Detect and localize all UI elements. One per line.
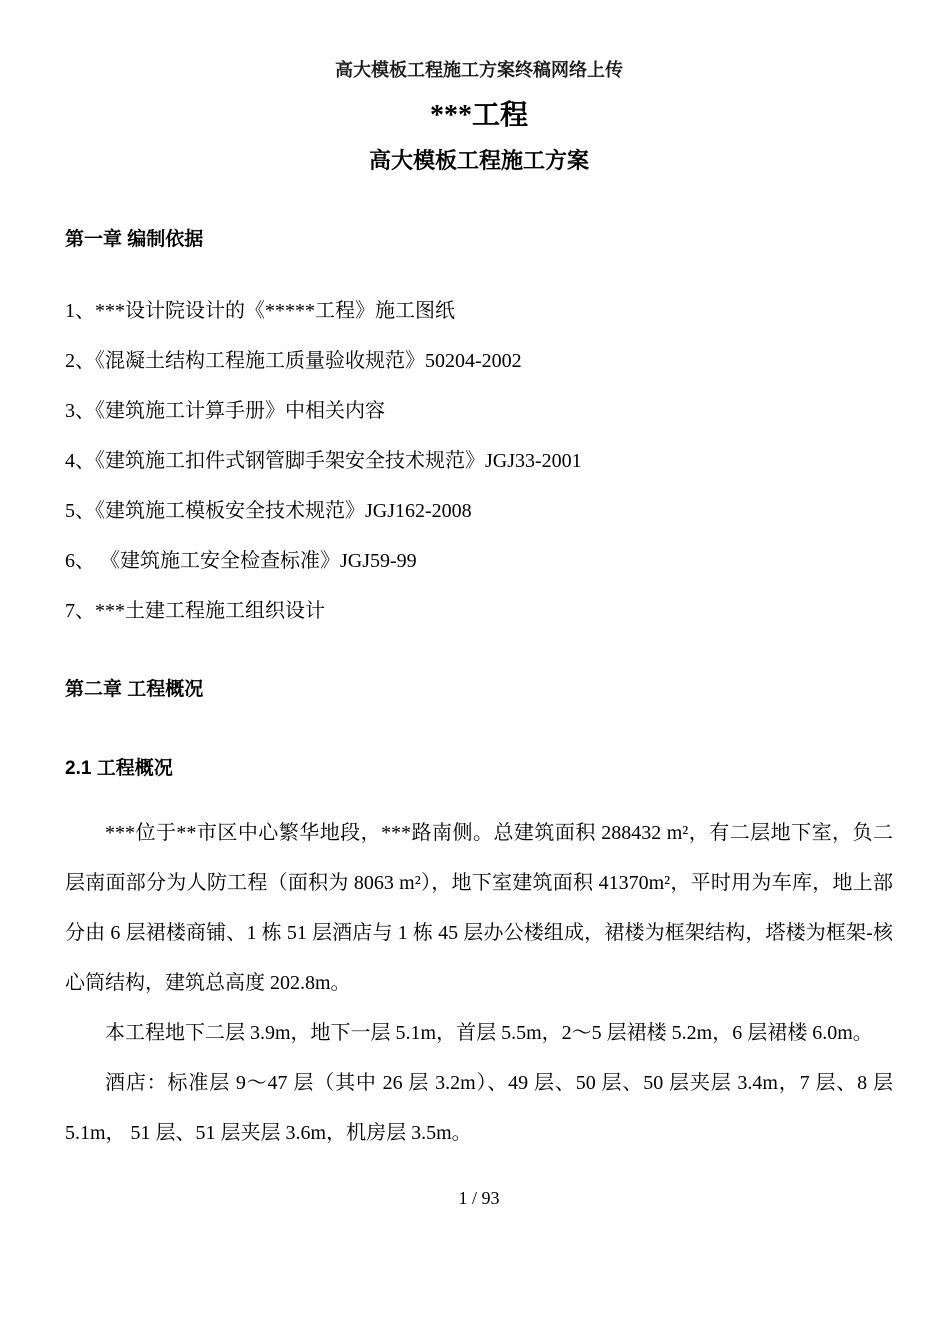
page-number: 1 / 93 — [65, 1186, 893, 1210]
reference-item-6: 6、 《建筑施工安全检查标准》JGJ59-99 — [65, 536, 893, 586]
document-header-note: 高大模板工程施工方案终稿网络上传 — [65, 58, 893, 82]
document-page: 高大模板工程施工方案终稿网络上传 ***工程 高大模板工程施工方案 第一章 编制… — [0, 0, 950, 1341]
reference-list: 1、***设计院设计的《*****工程》施工图纸 2、《混凝土结构工程施工质量验… — [65, 286, 893, 636]
overview-paragraph-3: 酒店：标准层 9～47 层（其中 26 层 3.2m）、49 层、50 层、50… — [65, 1058, 893, 1158]
reference-item-5: 5、《建筑施工模板安全技术规范》JGJ162-2008 — [65, 486, 893, 536]
reference-item-2: 2、《混凝土结构工程施工质量验收规范》50204-2002 — [65, 336, 893, 386]
reference-item-1: 1、***设计院设计的《*****工程》施工图纸 — [65, 286, 893, 336]
reference-item-3: 3、《建筑施工计算手册》中相关内容 — [65, 386, 893, 436]
chapter-1-heading: 第一章 编制依据 — [65, 226, 893, 254]
reference-item-7: 7、***土建工程施工组织设计 — [65, 586, 893, 636]
document-subtitle: 高大模板工程施工方案 — [65, 146, 893, 176]
document-title: ***工程 — [65, 98, 893, 134]
section-2-1-body: ***位于**市区中心繁华地段，***路南侧。总建筑面积 288432 m²，有… — [65, 808, 893, 1158]
reference-item-4: 4、《建筑施工扣件式钢管脚手架安全技术规范》JGJ33-2001 — [65, 436, 893, 486]
chapter-2-heading: 第二章 工程概况 — [65, 676, 893, 704]
section-2-1-heading: 2.1 工程概况 — [65, 755, 893, 783]
overview-paragraph-1: ***位于**市区中心繁华地段，***路南侧。总建筑面积 288432 m²，有… — [65, 808, 893, 1008]
overview-paragraph-2: 本工程地下二层 3.9m，地下一层 5.1m，首层 5.5m，2～5 层裙楼 5… — [65, 1008, 893, 1058]
